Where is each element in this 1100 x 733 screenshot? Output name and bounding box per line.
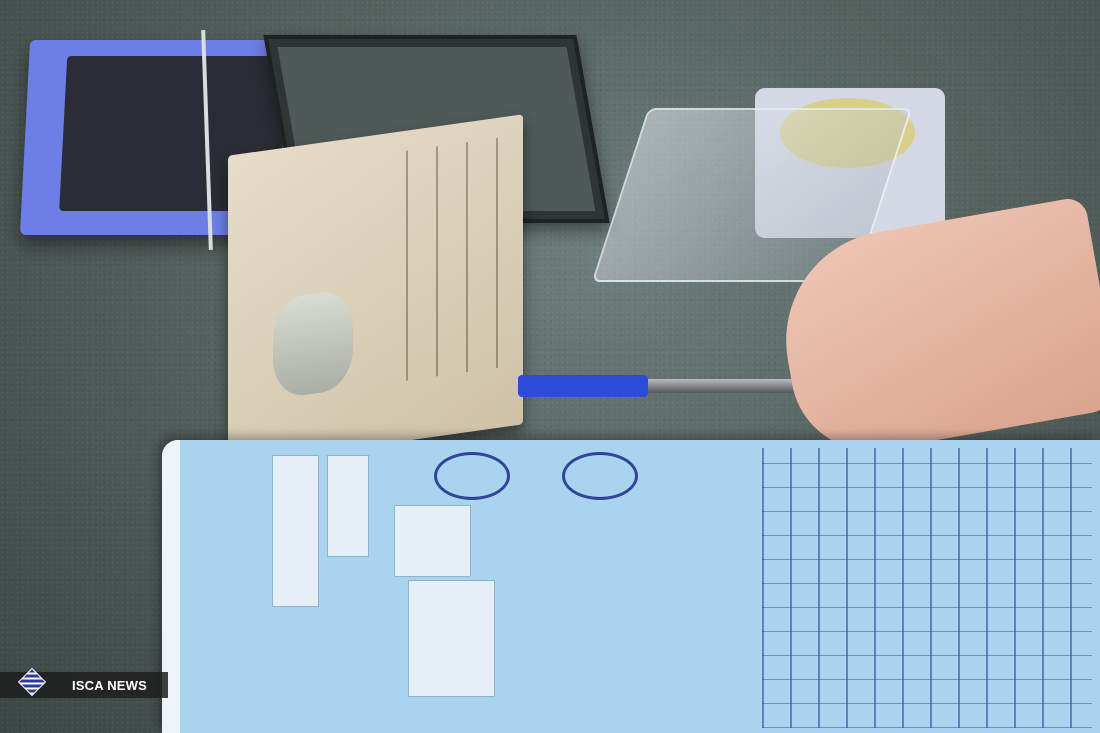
seal-icon bbox=[562, 452, 638, 500]
form-box bbox=[408, 580, 495, 697]
photo-scene: ISCA NEWS bbox=[0, 0, 1100, 733]
booklet-grid bbox=[762, 448, 1092, 728]
watermark: ISCA NEWS bbox=[0, 672, 168, 698]
isca-logo-icon bbox=[14, 666, 48, 700]
seal-icon bbox=[434, 452, 510, 500]
pen-cap bbox=[518, 375, 648, 397]
id-booklet bbox=[228, 114, 523, 465]
id-photo bbox=[273, 288, 353, 399]
form-box bbox=[327, 455, 369, 557]
form-box bbox=[272, 455, 319, 607]
form-box bbox=[394, 505, 471, 577]
id-booklet-columns bbox=[378, 138, 498, 385]
watermark-text: ISCA NEWS bbox=[72, 678, 147, 693]
registration-booklet bbox=[162, 440, 1100, 733]
